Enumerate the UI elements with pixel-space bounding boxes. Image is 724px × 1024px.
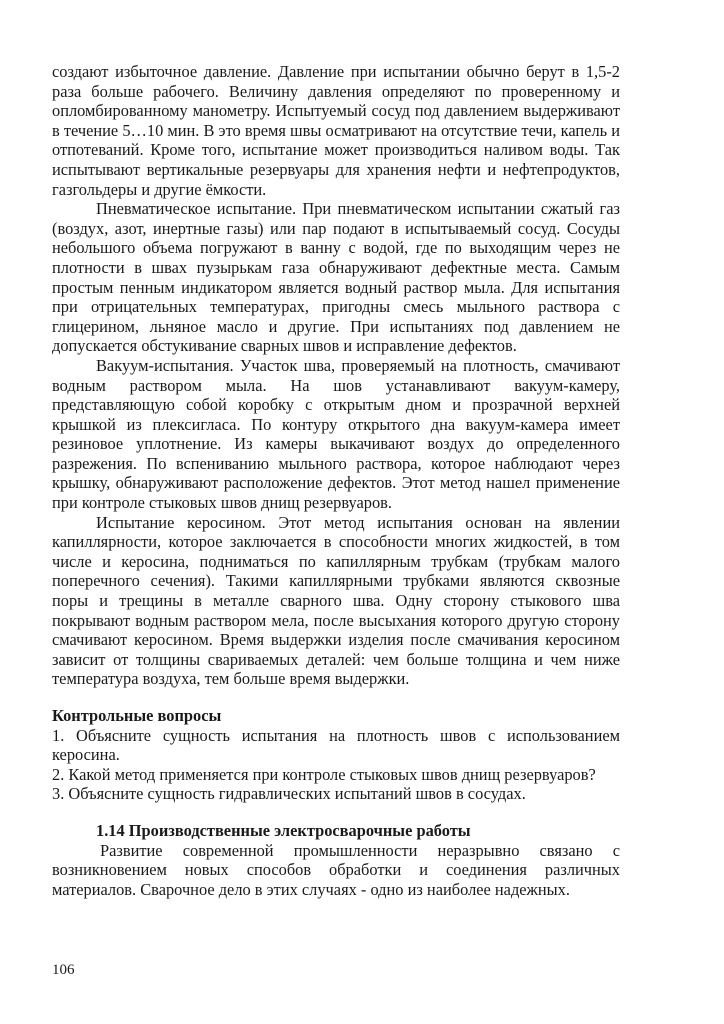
control-questions-title: Контрольные вопросы xyxy=(52,706,620,726)
paragraph-body: При пневматическом испытании сжатый газ … xyxy=(52,199,620,355)
control-questions-list: 1. Объясните сущность испытания на плотн… xyxy=(52,726,620,804)
paragraph-kerosene-test: Испытание керосином. Этот метод испытани… xyxy=(52,513,620,689)
paragraph-vacuum-test: Вакуум-испытания. Участок шва, проверяем… xyxy=(52,356,620,513)
document-page: создают избыточное давление. Давление пр… xyxy=(52,62,620,899)
section-heading: 1.14 Производственные электросварочные р… xyxy=(52,821,620,841)
question-item: 3. Объясните сущность гидравлических исп… xyxy=(52,784,620,804)
paragraph-hydraulic-test-continuation: создают избыточное давление. Давление пр… xyxy=(52,62,620,199)
paragraph-pneumatic-test: Пневматическое испытание. При пневматиче… xyxy=(52,199,620,356)
spacer xyxy=(52,804,620,821)
paragraph-section-intro: Развитие современной промышленности нера… xyxy=(52,841,620,900)
page-number: 106 xyxy=(52,962,75,979)
question-item: 1. Объясните сущность испытания на плотн… xyxy=(52,726,620,765)
spacer xyxy=(52,689,620,706)
paragraph-lead: Пневматическое испытание. xyxy=(96,199,296,218)
question-item: 2. Какой метод применяется при контроле … xyxy=(52,765,620,785)
